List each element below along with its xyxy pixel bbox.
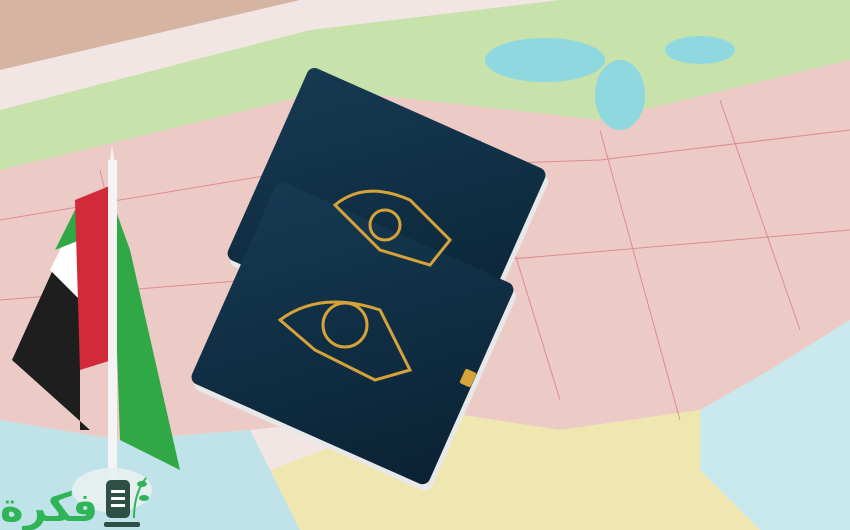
photo-scene: فكرة — [0, 0, 850, 530]
map-background — [0, 0, 850, 530]
watermark-logo: فكرة — [0, 470, 150, 528]
document-leaf-icon — [102, 470, 150, 528]
watermark-text: فكرة — [0, 488, 98, 528]
